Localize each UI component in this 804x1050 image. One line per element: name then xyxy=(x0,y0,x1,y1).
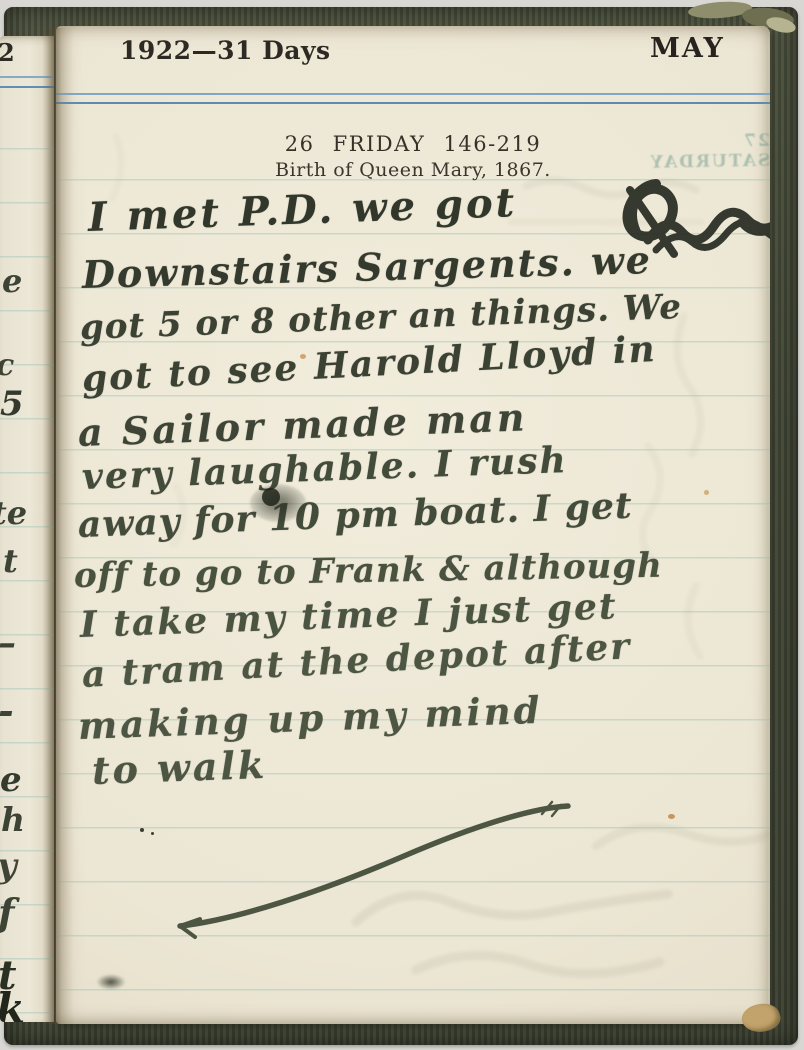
left-page-blue-rule xyxy=(0,76,54,88)
foxing-fleck xyxy=(668,814,675,819)
left-page-text-fragment: te xyxy=(0,494,27,532)
diary-photo: 2 e c 5 te t – - e h y f t k 1922—31 Day… xyxy=(0,0,804,1050)
ink-blot xyxy=(250,484,306,522)
ink-speck xyxy=(140,828,144,832)
left-page-text-fragment: t xyxy=(3,542,18,580)
left-page-text-fragment: - xyxy=(0,688,14,733)
foxing-fleck xyxy=(300,354,306,359)
scribble-ink xyxy=(590,170,770,274)
ink-smudge xyxy=(96,974,126,990)
left-page-text-fragment: e xyxy=(2,262,22,300)
left-page-text-fragment: 2 xyxy=(0,38,15,67)
left-page-text-fragment: h xyxy=(1,800,25,839)
ink-speck xyxy=(151,832,154,835)
left-page-text-fragment: c xyxy=(0,348,14,383)
left-page-text-fragment: k xyxy=(0,984,25,1022)
left-page-text-fragment: – xyxy=(0,622,16,664)
left-page-text-fragment: y xyxy=(0,846,17,886)
left-page-text-fragment: f xyxy=(0,890,14,935)
foxing-fleck xyxy=(704,490,709,495)
left-page-text-fragment: e xyxy=(0,760,22,800)
left-page-text-fragment: 5 xyxy=(0,384,24,424)
ink-blot-core xyxy=(262,488,280,506)
left-page-edge: 2 e c 5 te t – - e h y f t k xyxy=(0,36,54,1022)
diary-page: 1922—31 Days MAY 26 FRIDAY 146-219 Birth… xyxy=(56,26,770,1024)
flourish-stroke xyxy=(170,778,582,948)
